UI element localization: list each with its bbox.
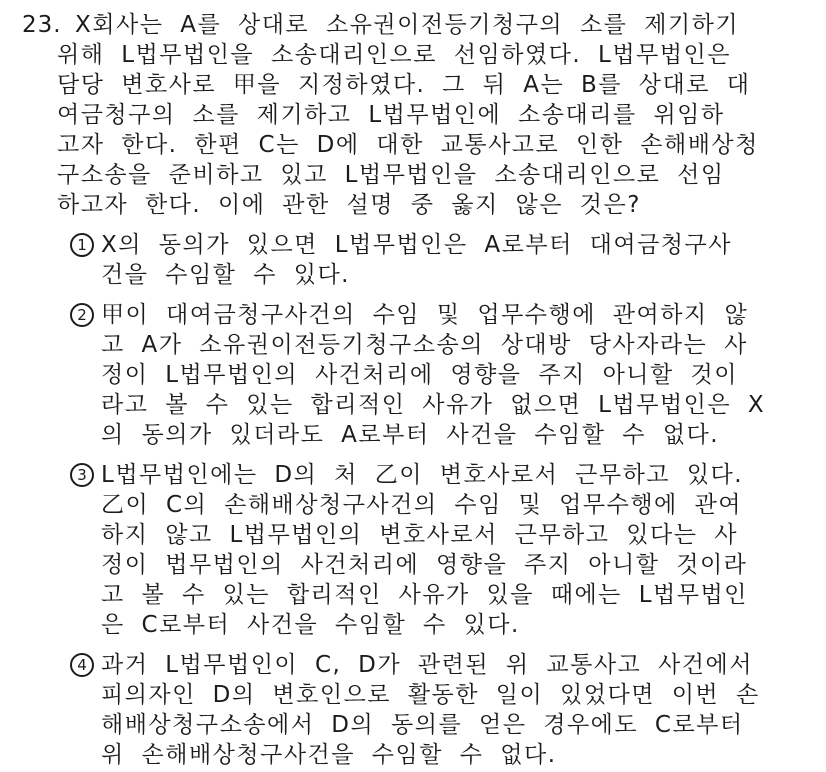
option-line: 정이 법무법인의 사건처리에 영향을 주지 아니할 것이라 <box>101 550 826 580</box>
option-4-number: 4 <box>77 658 87 673</box>
option-line: X의 동의가 있으면 L법무법인은 A로부터 대여금청구사 <box>101 230 826 260</box>
stem-line: 고자 한다. 한편 C는 D에 대한 교통사고로 인한 손해배상청 <box>57 130 826 160</box>
question-number: 23. <box>22 10 62 40</box>
option-line: 라고 볼 수 있는 합리적인 사유가 없으면 L법무법인은 X <box>101 390 826 420</box>
question-stem: 23. X회사는 A를 상대로 소유권이전등기청구의 소를 제기하기 위해 L법… <box>57 0 826 220</box>
option-4-circled-number-icon: 4 <box>70 653 94 677</box>
stem-line: 구소송을 준비하고 있고 L법무법인을 소송대리인으로 선임 <box>57 160 826 190</box>
option-line: 은 C로부터 사건을 수임할 수 있다. <box>101 610 826 640</box>
option-line: 건을 수임할 수 있다. <box>101 260 826 290</box>
option-3-circled-number-icon: 3 <box>70 463 94 487</box>
option-3-number: 3 <box>77 468 87 483</box>
option-3: 3 L법무법인에는 D의 처 乙이 변호사로서 근무하고 있다. 乙이 C의 손… <box>101 460 826 640</box>
option-2-text: 甲이 대여금청구사건의 수임 및 업무수행에 관여하지 않 고 A가 소유권이전… <box>101 300 826 450</box>
stem-line: 담당 변호사로 甲을 지정하였다. 그 뒤 A는 B를 상대로 대 <box>57 70 826 100</box>
option-line: 해배상청구소송에서 D의 동의를 얻은 경우에도 C로부터 <box>101 710 826 740</box>
option-2: 2 甲이 대여금청구사건의 수임 및 업무수행에 관여하지 않 고 A가 소유권… <box>101 300 826 450</box>
option-4-text: 과거 L법무법인이 C, D가 관련된 위 교통사고 사건에서 피의자인 D의 … <box>101 650 826 770</box>
stem-line: X회사는 A를 상대로 소유권이전등기청구의 소를 제기하기 <box>57 10 826 40</box>
option-line: 하지 않고 L법무법인의 변호사로서 근무하고 있다는 사 <box>101 520 826 550</box>
stem-line: 하고자 한다. 이에 관한 설명 중 옳지 않은 것은? <box>57 190 826 220</box>
option-1-number: 1 <box>77 238 87 253</box>
option-line: 乙이 C의 손해배상청구사건의 수임 및 업무수행에 관여 <box>101 490 826 520</box>
option-line: 과거 L법무법인이 C, D가 관련된 위 교통사고 사건에서 <box>101 650 826 680</box>
option-2-circled-number-icon: 2 <box>70 303 94 327</box>
option-line: 甲이 대여금청구사건의 수임 및 업무수행에 관여하지 않 <box>101 300 826 330</box>
option-line: 의 동의가 있더라도 A로부터 사건을 수임할 수 없다. <box>101 420 826 450</box>
option-2-number: 2 <box>77 308 87 323</box>
option-line: 고 A가 소유권이전등기청구소송의 상대방 당사자라는 사 <box>101 330 826 360</box>
stem-line: 위해 L법무법인을 소송대리인으로 선임하였다. L법무법인은 <box>57 40 826 70</box>
option-4: 4 과거 L법무법인이 C, D가 관련된 위 교통사고 사건에서 피의자인 D… <box>101 650 826 770</box>
option-line: 피의자인 D의 변호인으로 활동한 일이 있었다면 이번 손 <box>101 680 826 710</box>
option-line: L법무법인에는 D의 처 乙이 변호사로서 근무하고 있다. <box>101 460 826 490</box>
option-line: 정이 L법무법인의 사건처리에 영향을 주지 아니할 것이 <box>101 360 826 390</box>
option-1-text: X의 동의가 있으면 L법무법인은 A로부터 대여금청구사 건을 수임할 수 있… <box>101 230 826 290</box>
option-line: 고 볼 수 있는 합리적인 사유가 있을 때에는 L법무법인 <box>101 580 826 610</box>
option-line: 위 손해배상청구사건을 수임할 수 없다. <box>101 740 826 770</box>
exam-question-page: 23. X회사는 A를 상대로 소유권이전등기청구의 소를 제기하기 위해 L법… <box>0 0 826 772</box>
option-1-circled-number-icon: 1 <box>70 233 94 257</box>
option-3-text: L법무법인에는 D의 처 乙이 변호사로서 근무하고 있다. 乙이 C의 손해배… <box>101 460 826 640</box>
stem-line: 여금청구의 소를 제기하고 L법무법인에 소송대리를 위임하 <box>57 100 826 130</box>
option-1: 1 X의 동의가 있으면 L법무법인은 A로부터 대여금청구사 건을 수임할 수… <box>101 230 826 290</box>
